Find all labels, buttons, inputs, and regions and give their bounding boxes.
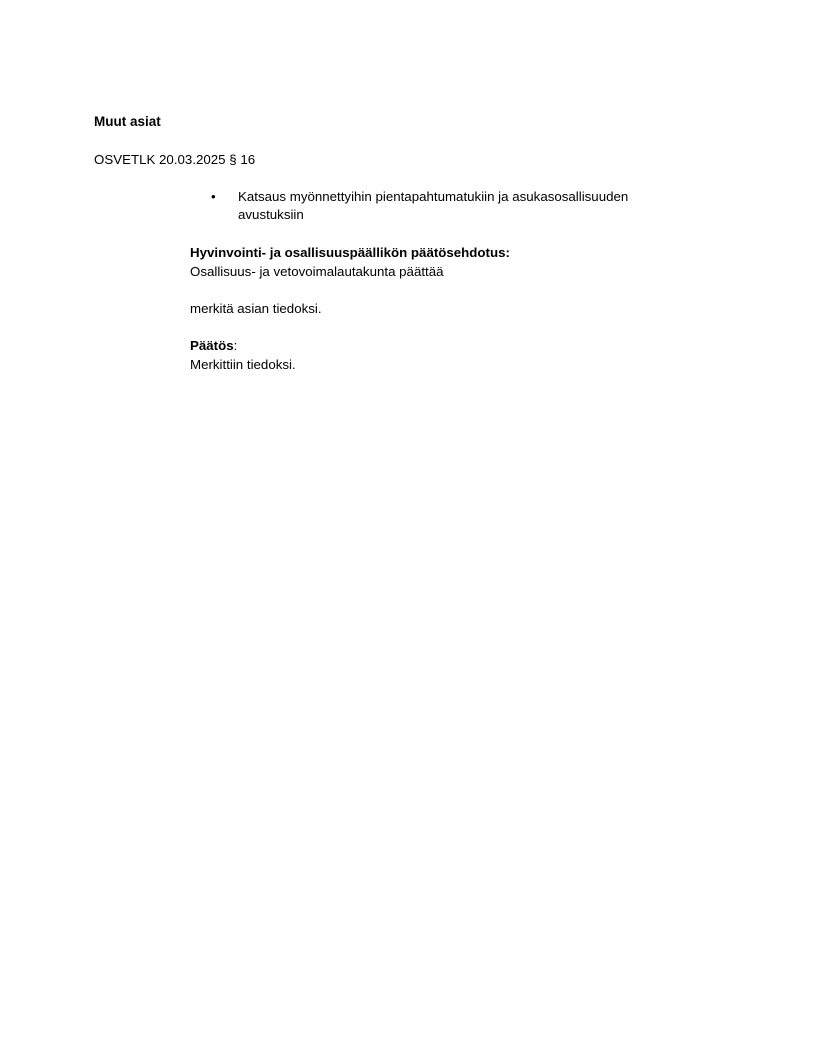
bullet-text: Katsaus myönnettyihin pientapahtumatukii… (238, 188, 678, 224)
proposal-action-text: merkitä asian tiedoksi. (190, 300, 322, 318)
proposal-text: Osallisuus- ja vetovoimalautakunta päätt… (190, 263, 444, 281)
decision-heading: Päätös: (190, 337, 237, 355)
section-title: Muut asiat (94, 113, 161, 131)
proposal-heading: Hyvinvointi- ja osallisuuspäällikön päät… (190, 244, 510, 262)
decision-heading-label: Päätös (190, 338, 234, 353)
bullet-icon: • (211, 188, 216, 206)
decision-text: Merkittiin tiedoksi. (190, 356, 296, 374)
meeting-reference: OSVETLK 20.03.2025 § 16 (94, 151, 255, 169)
decision-heading-colon: : (234, 338, 238, 353)
